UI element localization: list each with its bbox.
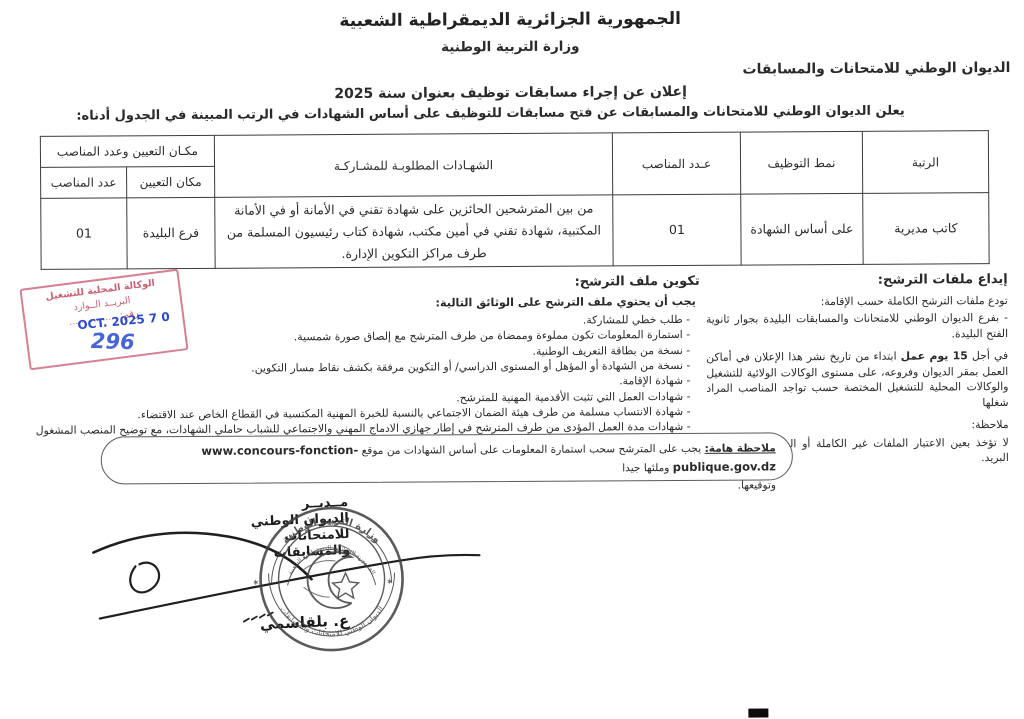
cell-certificates: من بين المترشحين الحائزين على شهادة تقني…	[215, 195, 613, 268]
deposit-paragraph: في أجل 15 يوم عمل ابتداء من تاريخ نشر هذ…	[706, 348, 1008, 413]
col-place: مكان التعيين	[127, 166, 215, 198]
star-separator-icon: ✶	[386, 578, 394, 588]
reference-number-handwritten: 296	[91, 329, 136, 354]
official-round-stamp: وزارة التربية الوطنية الجمهورية الجزائري…	[253, 501, 410, 658]
deposit-line: تودع ملفات الترشح الكاملة حسب الإقامة:	[706, 293, 1008, 311]
scan-artifact	[748, 708, 768, 717]
important-note-box: ملاحظة هامة: يجب على المترشح سحب استمارة…	[101, 432, 793, 484]
svg-text:الديوان الوطني للامتحانات والم: الديوان الوطني للامتحانات والمسابقات	[278, 604, 385, 638]
cell-rank: كاتب مديرية	[863, 193, 989, 264]
ministry-title: وزارة التربية الوطنية	[0, 36, 1022, 58]
republic-title: الجمهورية الجزائرية الديمقراطية الشعبية	[0, 7, 1022, 33]
cell-mode: على أساس الشهادة	[741, 193, 863, 264]
deposit-title: إيداع ملفات الترشح:	[706, 271, 1008, 292]
recruitment-table: الرتبة نمط التوظيف عـدد المناصب الشهـادا…	[40, 130, 990, 269]
important-note-line2: وتوقيعها.	[116, 477, 776, 499]
col-certificates: الشهـادات المطلوبـة للمشـاركـة	[214, 133, 612, 197]
office-name: الديوان الوطني للامتحانات والمسابقات	[0, 60, 1022, 82]
col-positions: عـدد المناصب	[612, 132, 740, 195]
deposit-para-bold: 15 يوم عمل	[901, 349, 968, 362]
col-rank: الرتبة	[862, 131, 988, 194]
important-note-label: ملاحظة هامة:	[705, 442, 776, 454]
col-place-positions: عدد المناصب	[41, 167, 127, 199]
round-stamp-bottom-text: الديوان الوطني للامتحانات والمسابقات	[278, 604, 385, 638]
deposit-line: - بفرع الديوان الوطني للامتحانات والمساب…	[706, 310, 1008, 343]
cell-place: فرع البليدة	[127, 197, 215, 268]
intro-line: يعلن الديوان الوطني للامتحانات والمسابقا…	[0, 103, 1023, 124]
col-place-group: مكـان التعيين وعدد المناصب	[40, 135, 214, 167]
star-icon	[333, 573, 359, 598]
important-note-text: يجب على المترشح سحب استمارة المعلومات عل…	[358, 443, 704, 457]
table-row: كاتب مديرية على أساس الشهادة 01 من بين ا…	[41, 193, 989, 269]
table-header-row: الرتبة نمط التوظيف عـدد المناصب الشهـادا…	[40, 131, 988, 168]
scanned-document: الجمهورية الجزائرية الديمقراطية الشعبية …	[0, 0, 1024, 719]
cell-place-positions: 01	[41, 198, 127, 269]
star-separator-icon: ✶	[253, 579, 260, 589]
deposit-para-pre: في أجل	[968, 349, 1008, 362]
announcement-title: إعلان عن إجراء مسابقات توظيف بعنوان سنة …	[0, 82, 1023, 104]
col-mode: نمط التوظيف	[740, 131, 862, 194]
cell-positions: 01	[613, 194, 741, 265]
important-note-text-after: وملئها جيدا	[622, 462, 673, 474]
